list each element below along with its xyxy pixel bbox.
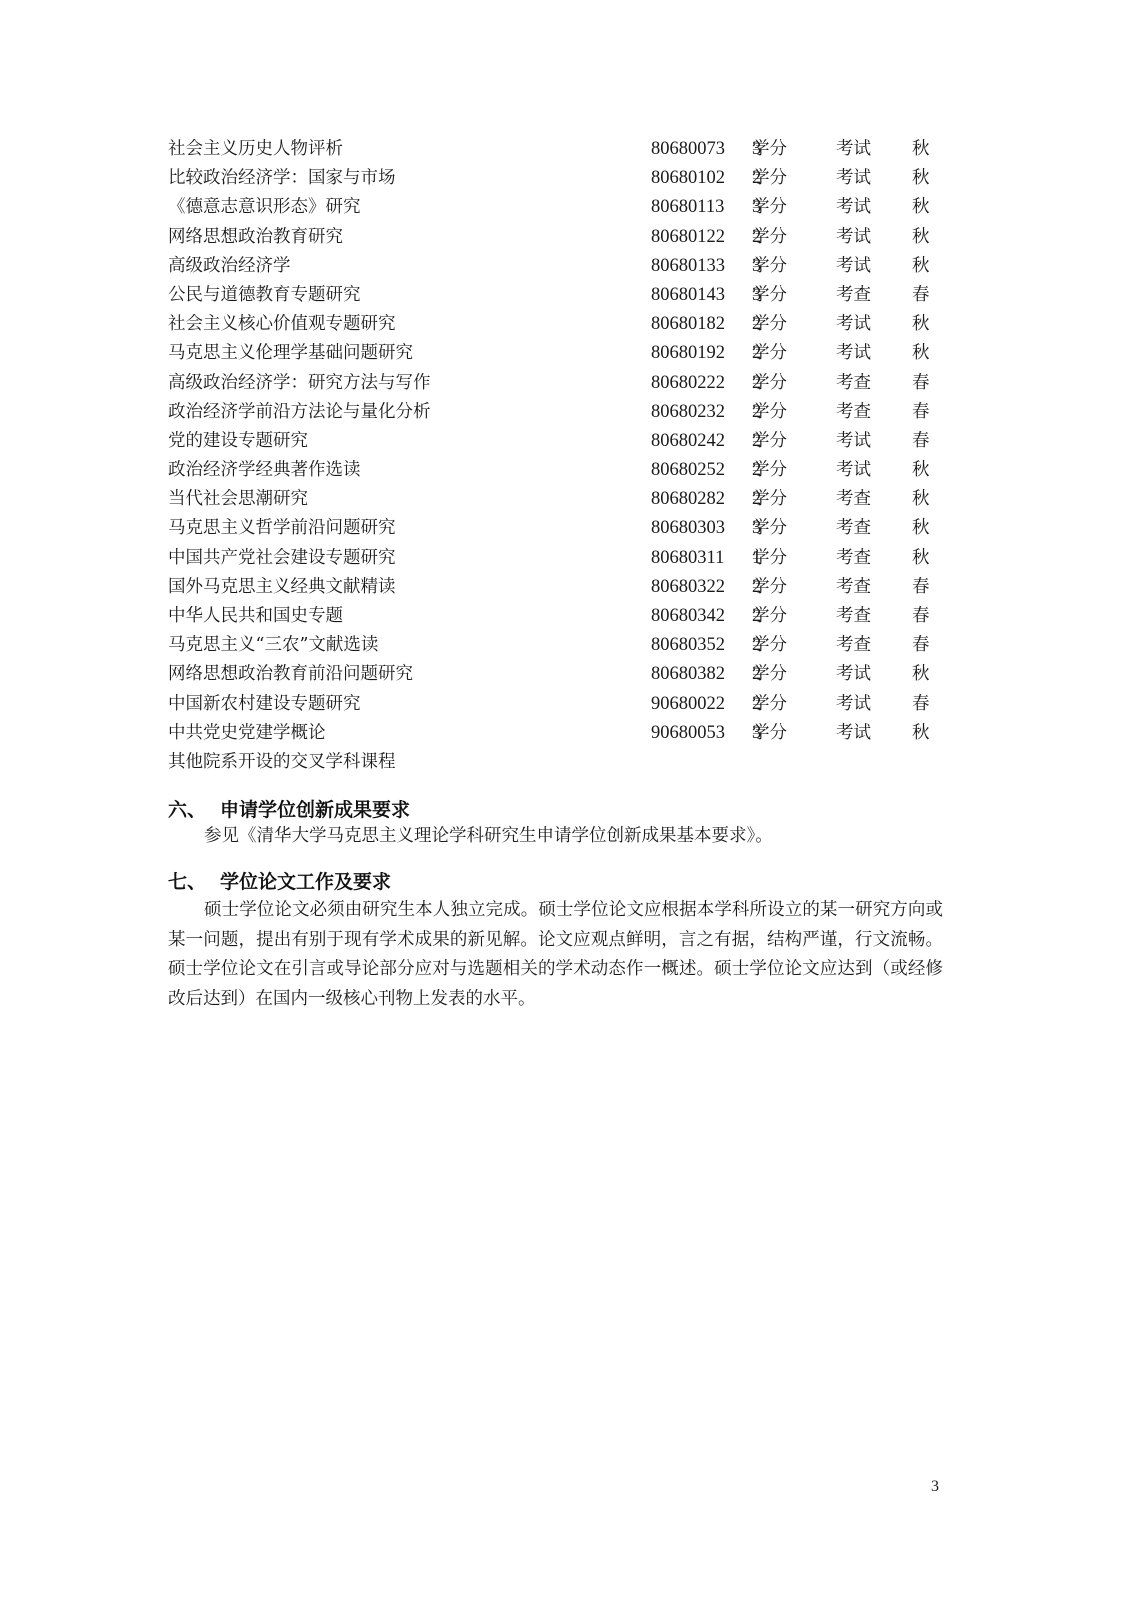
course-name: 中国新农村建设专题研究 [168,690,361,719]
course-row: 高级政治经济学：研究方法与写作806802222学分考查春 [168,369,948,398]
course-code: 80680232 [651,398,725,427]
course-name: 公民与道德教育专题研究 [168,281,361,310]
course-code: 80680242 [651,427,725,456]
course-assessment: 考试 [836,223,871,252]
course-code: 80680133 [651,252,725,281]
section-7-heading: 七、学位论文工作及要求 [168,867,391,894]
course-name: 党的建设专题研究 [168,427,308,456]
course-row: 高级政治经济学806801333学分考试秋 [168,252,948,281]
credit-unit: 学分 [752,690,787,719]
course-assessment: 考试 [836,719,871,748]
course-row: 公民与道德教育专题研究806801433学分考查春 [168,281,948,310]
course-code: 80680222 [651,369,725,398]
course-assessment: 考查 [836,544,871,573]
course-row: 马克思主义伦理学基础问题研究806801922学分考试秋 [168,339,948,368]
course-name: 网络思想政治教育研究 [168,223,343,252]
credit-unit: 学分 [752,193,787,222]
course-term: 秋 [912,193,930,222]
course-row: 政治经济学经典著作选读806802522学分考试秋 [168,456,948,485]
course-assessment: 考查 [836,369,871,398]
page-number: 3 [931,1478,939,1496]
course-name: 中华人民共和国史专题 [168,602,343,631]
course-name: 社会主义核心价值观专题研究 [168,310,396,339]
course-term: 秋 [912,135,930,164]
course-code: 90680022 [651,690,725,719]
section-6-body: 参见《清华大学马克思主义理论学科研究生申请学位创新成果基本要求》。 [168,822,943,851]
course-code: 80680282 [651,485,725,514]
course-term: 秋 [912,223,930,252]
credit-unit: 学分 [752,485,787,514]
course-row: 当代社会思潮研究806802822学分考查秋 [168,485,948,514]
credit-unit: 学分 [752,135,787,164]
course-term: 春 [912,398,930,427]
course-assessment: 考查 [836,602,871,631]
course-code: 80680143 [651,281,725,310]
course-assessment: 考试 [836,339,871,368]
course-name: 政治经济学前沿方法论与量化分析 [168,398,431,427]
section-7-title: 学位论文工作及要求 [220,871,391,893]
course-term: 春 [912,281,930,310]
course-term: 秋 [912,456,930,485]
course-assessment: 考查 [836,281,871,310]
course-term: 秋 [912,164,930,193]
course-code: 80680382 [651,660,725,689]
course-assessment: 考试 [836,310,871,339]
course-row: 网络思想政治教育研究806801222学分考试秋 [168,223,948,252]
course-row: 政治经济学前沿方法论与量化分析806802322学分考查春 [168,398,948,427]
credit-unit: 学分 [752,369,787,398]
course-name: 马克思主义哲学前沿问题研究 [168,514,396,543]
credit-unit: 学分 [752,456,787,485]
course-term: 秋 [912,719,930,748]
course-name: 马克思主义“三农”文献选读 [168,631,378,660]
course-assessment: 考查 [836,485,871,514]
course-assessment: 考查 [836,398,871,427]
course-assessment: 考试 [836,690,871,719]
course-row: 马克思主义“三农”文献选读806803522学分考查春 [168,631,948,660]
course-name: 马克思主义伦理学基础问题研究 [168,339,413,368]
credit-unit: 学分 [752,602,787,631]
course-row: 比较政治经济学：国家与市场806801022学分考试秋 [168,164,948,193]
course-code: 90680053 [651,719,725,748]
course-name: 社会主义历史人物评析 [168,135,343,164]
section-6-number: 六、 [168,799,206,821]
credit-unit: 学分 [752,573,787,602]
course-row: 国外马克思主义经典文献精读806803222学分考查春 [168,573,948,602]
course-row: 党的建设专题研究806802422学分考试春 [168,427,948,456]
course-table: 社会主义历史人物评析806800733学分考试秋比较政治经济学：国家与市场806… [168,135,948,777]
credit-unit: 学分 [752,544,787,573]
course-code: 80680102 [651,164,725,193]
course-code: 80680073 [651,135,725,164]
course-name: 高级政治经济学 [168,252,291,281]
course-name: 政治经济学经典著作选读 [168,456,361,485]
course-name: 比较政治经济学：国家与市场 [168,164,396,193]
credit-unit: 学分 [752,660,787,689]
credit-unit: 学分 [752,281,787,310]
course-row: 社会主义核心价值观专题研究806801822学分考试秋 [168,310,948,339]
course-code: 80680311 [651,544,724,573]
section-6-title: 申请学位创新成果要求 [220,799,410,821]
credit-unit: 学分 [752,339,787,368]
credit-unit: 学分 [752,631,787,660]
course-row: 中国新农村建设专题研究906800222学分考试春 [168,690,948,719]
course-assessment: 考试 [836,252,871,281]
course-term: 春 [912,427,930,456]
course-row: 《德意志意识形态》研究806801133学分考试秋 [168,193,948,222]
course-code: 80680192 [651,339,725,368]
course-code: 80680303 [651,514,725,543]
course-row: 网络思想政治教育前沿问题研究806803822学分考试秋 [168,660,948,689]
course-code: 80680252 [651,456,725,485]
course-assessment: 考试 [836,456,871,485]
course-term: 春 [912,369,930,398]
credit-unit: 学分 [752,398,787,427]
course-name: 网络思想政治教育前沿问题研究 [168,660,413,689]
other-courses-note: 其他院系开设的交叉学科课程 [168,748,948,777]
course-code: 80680122 [651,223,725,252]
course-term: 秋 [912,544,930,573]
course-assessment: 考试 [836,427,871,456]
credit-unit: 学分 [752,164,787,193]
course-term: 秋 [912,660,930,689]
course-term: 秋 [912,485,930,514]
credit-unit: 学分 [752,514,787,543]
course-term: 春 [912,690,930,719]
course-row: 马克思主义哲学前沿问题研究806803033学分考查秋 [168,514,948,543]
course-code: 80680182 [651,310,725,339]
course-assessment: 考试 [836,135,871,164]
credit-unit: 学分 [752,719,787,748]
section-6-heading: 六、申请学位创新成果要求 [168,795,410,822]
credit-unit: 学分 [752,252,787,281]
course-term: 春 [912,602,930,631]
course-term: 秋 [912,339,930,368]
course-code: 80680352 [651,631,725,660]
course-row: 社会主义历史人物评析806800733学分考试秋 [168,135,948,164]
course-term: 秋 [912,514,930,543]
course-assessment: 考试 [836,193,871,222]
section-7-number: 七、 [168,871,206,893]
course-assessment: 考查 [836,573,871,602]
credit-unit: 学分 [752,223,787,252]
course-assessment: 考查 [836,514,871,543]
course-code: 80680342 [651,602,725,631]
course-code: 80680113 [651,193,724,222]
credit-unit: 学分 [752,427,787,456]
course-term: 秋 [912,310,930,339]
course-row: 中国共产党社会建设专题研究806803111学分考查秋 [168,544,948,573]
course-code: 80680322 [651,573,725,602]
course-name: 国外马克思主义经典文献精读 [168,573,396,602]
course-assessment: 考查 [836,631,871,660]
course-name: 当代社会思潮研究 [168,485,308,514]
course-row: 中华人民共和国史专题806803422学分考查春 [168,602,948,631]
course-name: 高级政治经济学：研究方法与写作 [168,369,431,398]
course-term: 春 [912,573,930,602]
course-name: 《德意志意识形态》研究 [168,193,361,222]
course-term: 秋 [912,252,930,281]
course-term: 春 [912,631,930,660]
section-7-body: 硕士学位论文必须由研究生本人独立完成。硕士学位论文应根据本学科所设立的某一研究方… [168,896,943,1014]
document-page: 社会主义历史人物评析806800733学分考试秋比较政治经济学：国家与市场806… [0,0,1131,1600]
course-name: 中共党史党建学概论 [168,719,326,748]
course-assessment: 考试 [836,660,871,689]
course-name: 中国共产党社会建设专题研究 [168,544,396,573]
other-courses-text: 其他院系开设的交叉学科课程 [168,748,396,777]
credit-unit: 学分 [752,310,787,339]
course-assessment: 考试 [836,164,871,193]
course-row: 中共党史党建学概论906800533学分考试秋 [168,719,948,748]
